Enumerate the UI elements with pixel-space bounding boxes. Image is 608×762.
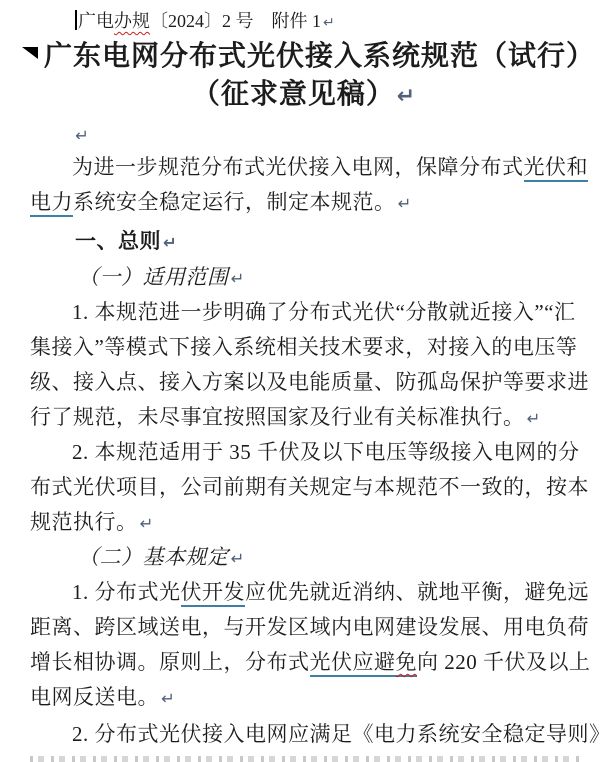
paragraph-mark-icon: ↵ <box>397 84 416 109</box>
subsection-heading: （一）适用范围↵ <box>78 265 245 289</box>
body-line: 1. 本规范进一步明确了分布式光伏“分散就近接入”“汇 <box>72 300 575 324</box>
paragraph-mark-icon: ↵ <box>527 409 541 428</box>
paragraph-mark-icon: ↵ <box>140 514 154 533</box>
text-run: 系统安全稳定运行，制定本规范。 <box>73 190 396 214</box>
paragraph-mark-icon: ↵ <box>323 15 335 31</box>
text-run: 为进一步规范分布式光伏接入电网，保障分布式 <box>72 155 524 179</box>
text-run: 集接入”等模式下接入系统相关技术要求，对接入的电压等 <box>30 335 577 359</box>
paragraph-mark-icon: ↵ <box>231 549 245 568</box>
paragraph-mark-icon: ↵ <box>398 194 412 213</box>
section-heading: 一、总则↵ <box>75 230 177 254</box>
text-run: 布式光伏项目，公司前期有关规定与本规范不一致的，按本 <box>30 475 589 499</box>
empty-paragraph: ↵ <box>73 122 89 146</box>
paragraph-mark-icon: ↵ <box>161 689 175 708</box>
doc-title-line-2: （征求意见稿）↵ <box>0 78 608 110</box>
text-run: 增长相协调。原则上，分布式 <box>30 650 310 674</box>
text-run: 距离、跨区域送电，与开发区域内电网建设发展、用电负荷 <box>30 615 589 639</box>
text-run: 规范执行。 <box>30 510 138 534</box>
text-run: 1. 分布式光 <box>72 580 181 604</box>
text-run: 2. 本规范适用于 35 千伏及以下电压等级接入电网的分 <box>72 440 580 464</box>
body-line: 为进一步规范分布式光伏接入电网，保障分布式光伏和 <box>72 155 588 179</box>
body-line: 2. 本规范适用于 35 千伏及以下电压等级接入电网的分 <box>72 440 580 464</box>
marked-text-run: 光伏应避 <box>310 650 396 677</box>
text-run: （二）基本规定 <box>78 545 229 569</box>
text-run: （一）适用范围 <box>78 265 229 289</box>
outline-collapse-triangle-icon[interactable] <box>22 47 38 59</box>
text-run: （征求意见稿） <box>192 78 395 109</box>
text-cursor <box>75 10 77 30</box>
body-line: 集接入”等模式下接入系统相关技术要求，对接入的电压等 <box>30 335 577 359</box>
text-run: 〔2024〕2 号 附件 1 <box>150 11 321 31</box>
text-run: 行了规范，未尽事宜按照国家及行业有关标准执行。 <box>30 405 525 429</box>
document-page[interactable]: 广电办规〔2024〕2 号 附件 1↵广东电网分布式光伏接入系统规范（试行）（征… <box>0 0 608 762</box>
text-run: 广电 <box>78 11 114 31</box>
text-run: 应优先就近消纳、就地平衡，避免远 <box>245 580 589 604</box>
marked-text-run: 办规 <box>114 11 150 31</box>
text-run: 级、接入点、接入方案以及电能质量、防孤岛保护等要求进 <box>30 370 589 394</box>
paragraph-mark-icon: ↵ <box>75 126 89 145</box>
text-run: 广东电网分布式光伏接入系统规范（试行） <box>44 40 595 71</box>
body-line: 距离、跨区域送电，与开发区域内电网建设发展、用电负荷 <box>30 615 589 639</box>
marked-text-run: 光伏和 <box>524 155 589 182</box>
marked-text-run: 电力 <box>30 190 73 217</box>
doc-header-line: 广电办规〔2024〕2 号 附件 1↵ <box>75 10 335 32</box>
text-run: 2. 分布式光伏接入电网应满足《电力系统安全稳定导则》 <box>72 722 608 746</box>
body-line: 2. 分布式光伏接入电网应满足《电力系统安全稳定导则》 <box>72 722 608 746</box>
subsection-heading: （二）基本规定↵ <box>78 545 245 569</box>
body-line: 增长相协调。原则上，分布式光伏应避免向 220 千伏及以上 <box>30 650 591 674</box>
paragraph-mark-icon: ↵ <box>163 233 177 252</box>
text-run: 一、总则 <box>75 230 161 253</box>
text-run: 电网反送电。 <box>30 685 159 709</box>
body-line: 电力系统安全稳定运行，制定本规范。↵ <box>30 190 412 214</box>
body-line: 行了规范，未尽事宜按照国家及行业有关标准执行。↵ <box>30 405 541 429</box>
marked-text-run: 伏开发 <box>181 580 246 607</box>
body-line: 电网反送电。↵ <box>30 685 175 709</box>
text-run: 1. 本规范进一步明确了分布式光伏“分散就近接入”“汇 <box>72 300 575 324</box>
text-run: 向 220 千伏及以上 <box>417 650 591 674</box>
body-line: 规范执行。↵ <box>30 510 154 534</box>
body-line: 1. 分布式光伏开发应优先就近消纳、就地平衡，避免远 <box>72 580 589 604</box>
body-line: 布式光伏项目，公司前期有关规定与本规范不一致的，按本 <box>30 475 589 499</box>
marked-text-run: 免 <box>396 650 418 677</box>
paragraph-mark-icon: ↵ <box>231 269 245 288</box>
doc-title-line-1: 广东电网分布式光伏接入系统规范（试行） <box>22 40 595 72</box>
clipped-text-line <box>30 756 582 762</box>
body-line: 级、接入点、接入方案以及电能质量、防孤岛保护等要求进 <box>30 370 589 394</box>
